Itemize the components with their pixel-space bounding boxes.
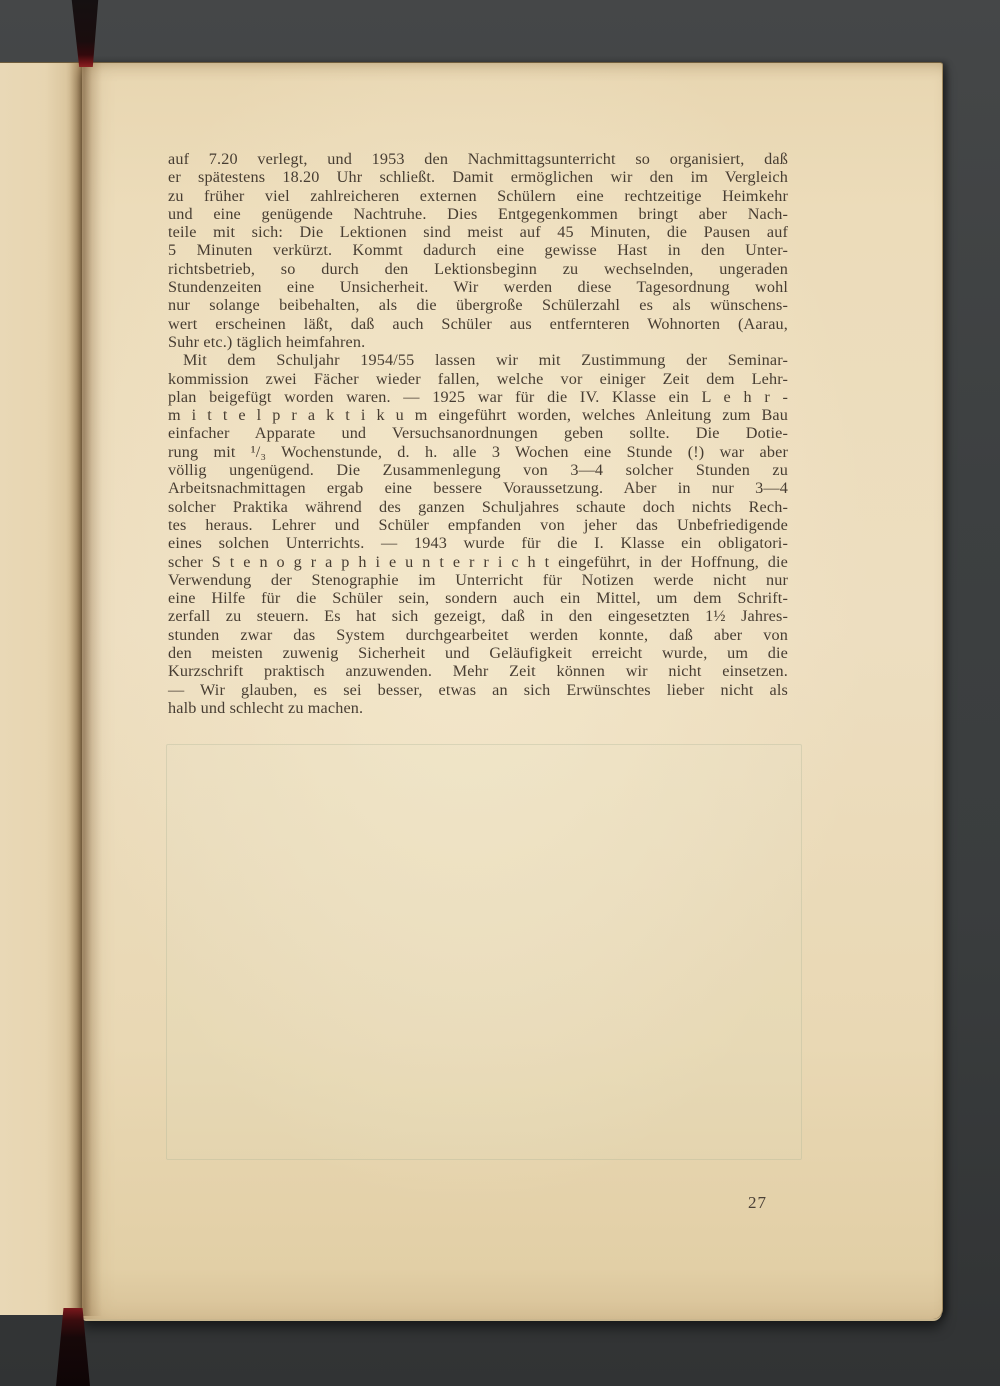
- text-line: Verwendung der Stenographie im Unterrich…: [168, 571, 788, 589]
- text-line: auf 7.20 verlegt, und 1953 den Nachmitta…: [168, 150, 788, 168]
- scanned-book-photo: auf 7.20 verlegt, und 1953 den Nachmitta…: [0, 0, 1000, 1386]
- text-line: plan beigefügt worden waren. — 1925 war …: [168, 388, 788, 406]
- text-line: stunden zwar das System durchgearbeitet …: [168, 626, 788, 644]
- bookmark-ribbon-bottom: [56, 1308, 90, 1386]
- text-line: kommission zwei Fächer wieder fallen, we…: [168, 370, 788, 388]
- text-line: solcher Praktika während des ganzen Schu…: [168, 498, 788, 516]
- text-line: Suhr etc.) täglich heimfahren.: [168, 333, 788, 351]
- text-line: halb und schlecht zu machen.: [168, 699, 788, 717]
- text-line: zerfall zu steuern. Es hat sich gezeigt,…: [168, 607, 788, 625]
- paragraph: auf 7.20 verlegt, und 1953 den Nachmitta…: [168, 150, 788, 351]
- left-page-edge: [0, 62, 82, 1315]
- text-line: eines solchen Unterrichts. — 1943 wurde …: [168, 534, 788, 552]
- text-line: völlig ungenügend. Die Zusammenlegung vo…: [168, 461, 788, 479]
- text-line: — Wir glauben, es sei besser, etwas an s…: [168, 681, 788, 699]
- text-line: teile mit sich: Die Lektionen sind meist…: [168, 223, 788, 241]
- text-line: Arbeitsnachmittagen ergab eine bessere V…: [168, 479, 788, 497]
- text-line: und eine genügende Nachtruhe. Dies Entge…: [168, 205, 788, 223]
- paragraph: Mit dem Schuljahr 1954/55 lassen wir mit…: [168, 351, 788, 717]
- text-line: Mit dem Schuljahr 1954/55 lassen wir mit…: [168, 351, 788, 369]
- text-line: m i t t e l p r a k t i k u m eingeführt…: [168, 406, 788, 424]
- text-line: Kurzschrift praktisch anzuwenden. Mehr Z…: [168, 662, 788, 680]
- text-line: richtsbetrieb, so durch den Lektionsbegi…: [168, 260, 788, 278]
- text-line: den meisten zuwenig Sicherheit und Geläu…: [168, 644, 788, 662]
- page-showthrough-impression: [166, 744, 802, 1160]
- page-text-block: auf 7.20 verlegt, und 1953 den Nachmitta…: [168, 150, 788, 717]
- text-line: eine Hilfe für die Schüler sein, sondern…: [168, 589, 788, 607]
- text-line: nur solange beibehalten, als die übergro…: [168, 296, 788, 314]
- text-line: 5 Minuten verkürzt. Kommt dadurch eine g…: [168, 241, 788, 259]
- text-line: einfacher Apparate und Versuchsanordnung…: [168, 424, 788, 442]
- book-page: auf 7.20 verlegt, und 1953 den Nachmitta…: [82, 62, 943, 1319]
- text-line: er spätestens 18.20 Uhr schließt. Damit …: [168, 168, 788, 186]
- text-line: rung mit ¹/₃ Wochenstunde, d. h. alle 3 …: [168, 443, 788, 461]
- text-line: Stundenzeiten eine Unsicherheit. Wir wer…: [168, 278, 788, 296]
- bookmark-ribbon-top: [69, 0, 103, 67]
- page-number: 27: [748, 1193, 788, 1213]
- text-line: tes heraus. Lehrer und Schüler empfanden…: [168, 516, 788, 534]
- text-line: scher S t e n o g r a p h i e u n t e r …: [168, 553, 788, 571]
- text-line: zu früher viel zahlreicheren externen Sc…: [168, 187, 788, 205]
- text-line: wert erscheinen läßt, daß auch Schüler a…: [168, 315, 788, 333]
